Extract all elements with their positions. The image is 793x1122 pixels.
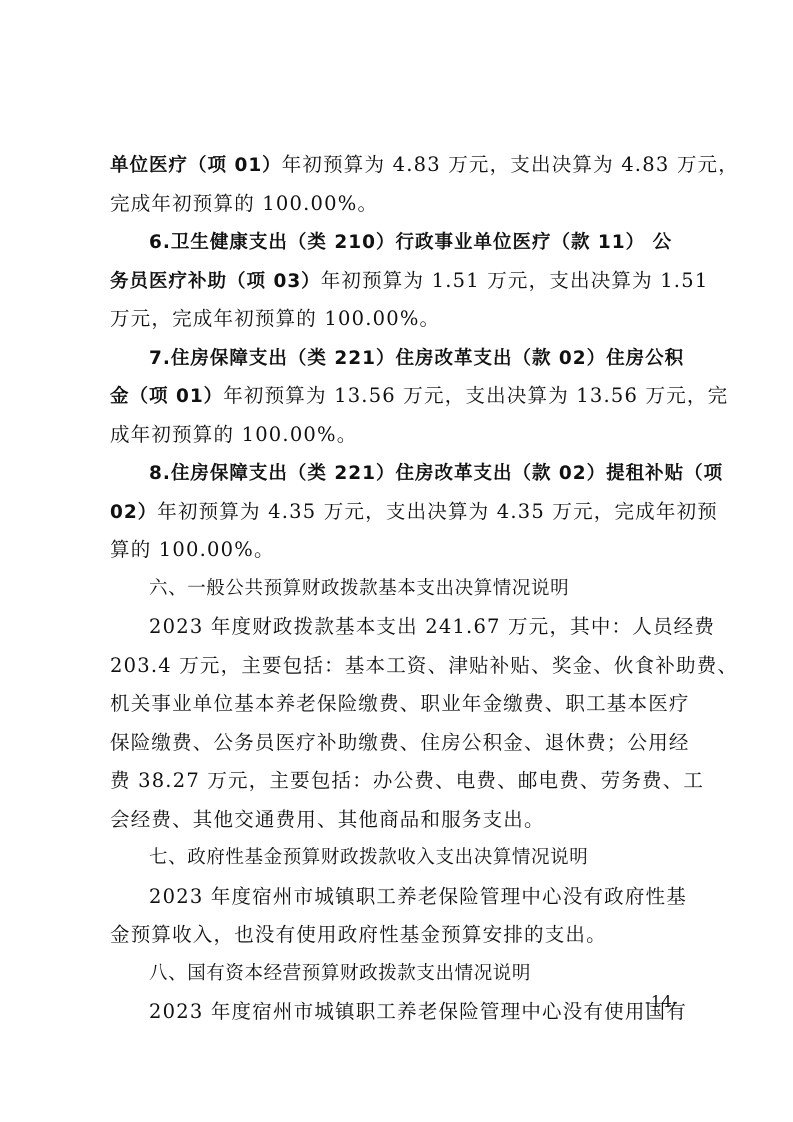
paragraph-line: 务员医疗补助（项 03）年初预算为 1.51 万元，支出决算为 1.51 [110, 262, 690, 301]
paragraph-line: 02）年初预算为 4.35 万元，支出决算为 4.35 万元，完成年初预 [110, 493, 690, 532]
bold-label: 8.住房保障支出（类 221）住房改革支出（款 02）提租补贴（项 [149, 463, 723, 484]
item-6-heading: 6.卫生健康支出（类 210）行政事业单位医疗（款 11） 公 [110, 223, 690, 262]
paragraph-line: 费 38.27 万元，主要包括：办公费、电费、邮电费、劳务费、工 [110, 762, 690, 801]
paragraph-line: 成年初预算的 100.00%。 [110, 416, 690, 455]
line-text: 年初预算为 4.83 万元，支出决算为 4.83 万元， [282, 153, 739, 176]
paragraph-line: 万元，完成年初预算的 100.00%。 [110, 300, 690, 339]
bold-label: 7.住房保障支出（类 221）住房改革支出（款 02）住房公积 [149, 348, 684, 369]
paragraph-line: 会经费、其他交通费用、其他商品和服务支出。 [110, 801, 690, 840]
page-number: -14- [645, 992, 678, 1011]
section-7-heading: 七、政府性基金预算财政拨款收入支出决算情况说明 [110, 839, 690, 878]
line-text: 完成年初预算的 100.00%。 [110, 192, 378, 215]
section-8-heading: 八、国有资本经营预算财政拨款支出情况说明 [110, 955, 690, 994]
paragraph-line: 算的 100.00%。 [110, 531, 690, 570]
paragraph-line: 单位医疗（项 01）年初预算为 4.83 万元，支出决算为 4.83 万元， [110, 146, 690, 185]
line-text: 算的 100.00%。 [110, 538, 275, 561]
item-8-heading: 8.住房保障支出（类 221）住房改革支出（款 02）提租补贴（项 [110, 454, 690, 493]
paragraph-line: 保险缴费、公务员医疗补助缴费、住房公积金、退休费；公用经 [110, 724, 690, 763]
paragraph-line: 203.4 万元，主要包括：基本工资、津贴补贴、奖金、伙食补助费、 [110, 647, 690, 686]
paragraph-line: 金（项 01）年初预算为 13.56 万元，支出决算为 13.56 万元，完 [110, 377, 690, 416]
line-text: 万元，完成年初预算的 100.00%。 [110, 307, 440, 330]
bold-label: 金（项 01） [110, 386, 223, 407]
line-text: 年初预算为 4.35 万元，支出决算为 4.35 万元，完成年初预 [157, 500, 718, 523]
paragraph-line: 金预算收入，也没有使用政府性基金预算安排的支出。 [110, 916, 690, 955]
document-body: 单位医疗（项 01）年初预算为 4.83 万元，支出决算为 4.83 万元， 完… [110, 146, 690, 1032]
line-text: 年初预算为 13.56 万元，支出决算为 13.56 万元，完 [223, 384, 728, 407]
bold-label: 务员医疗补助（项 03） [110, 271, 321, 292]
bold-label: 02） [110, 502, 157, 523]
paragraph-line: 机关事业单位基本养老保险缴费、职业年金缴费、职工基本医疗 [110, 685, 690, 724]
bold-label: 单位医疗（项 01） [110, 155, 282, 176]
item-7-heading: 7.住房保障支出（类 221）住房改革支出（款 02）住房公积 [110, 339, 690, 378]
section-6-heading: 六、一般公共预算财政拨款基本支出决算情况说明 [110, 570, 690, 609]
bold-label: 6.卫生健康支出（类 210）行政事业单位医疗（款 11） 公 [149, 232, 672, 253]
paragraph-line: 完成年初预算的 100.00%。 [110, 185, 690, 224]
paragraph-line: 2023 年度宿州市城镇职工养老保险管理中心没有使用国有 [110, 993, 690, 1032]
line-text: 成年初预算的 100.00%。 [110, 423, 357, 446]
paragraph-line: 2023 年度财政拨款基本支出 241.67 万元，其中：人员经费 [110, 608, 690, 647]
paragraph-line: 2023 年度宿州市城镇职工养老保险管理中心没有政府性基 [110, 878, 690, 917]
line-text: 年初预算为 1.51 万元，支出决算为 1.51 [321, 269, 709, 292]
